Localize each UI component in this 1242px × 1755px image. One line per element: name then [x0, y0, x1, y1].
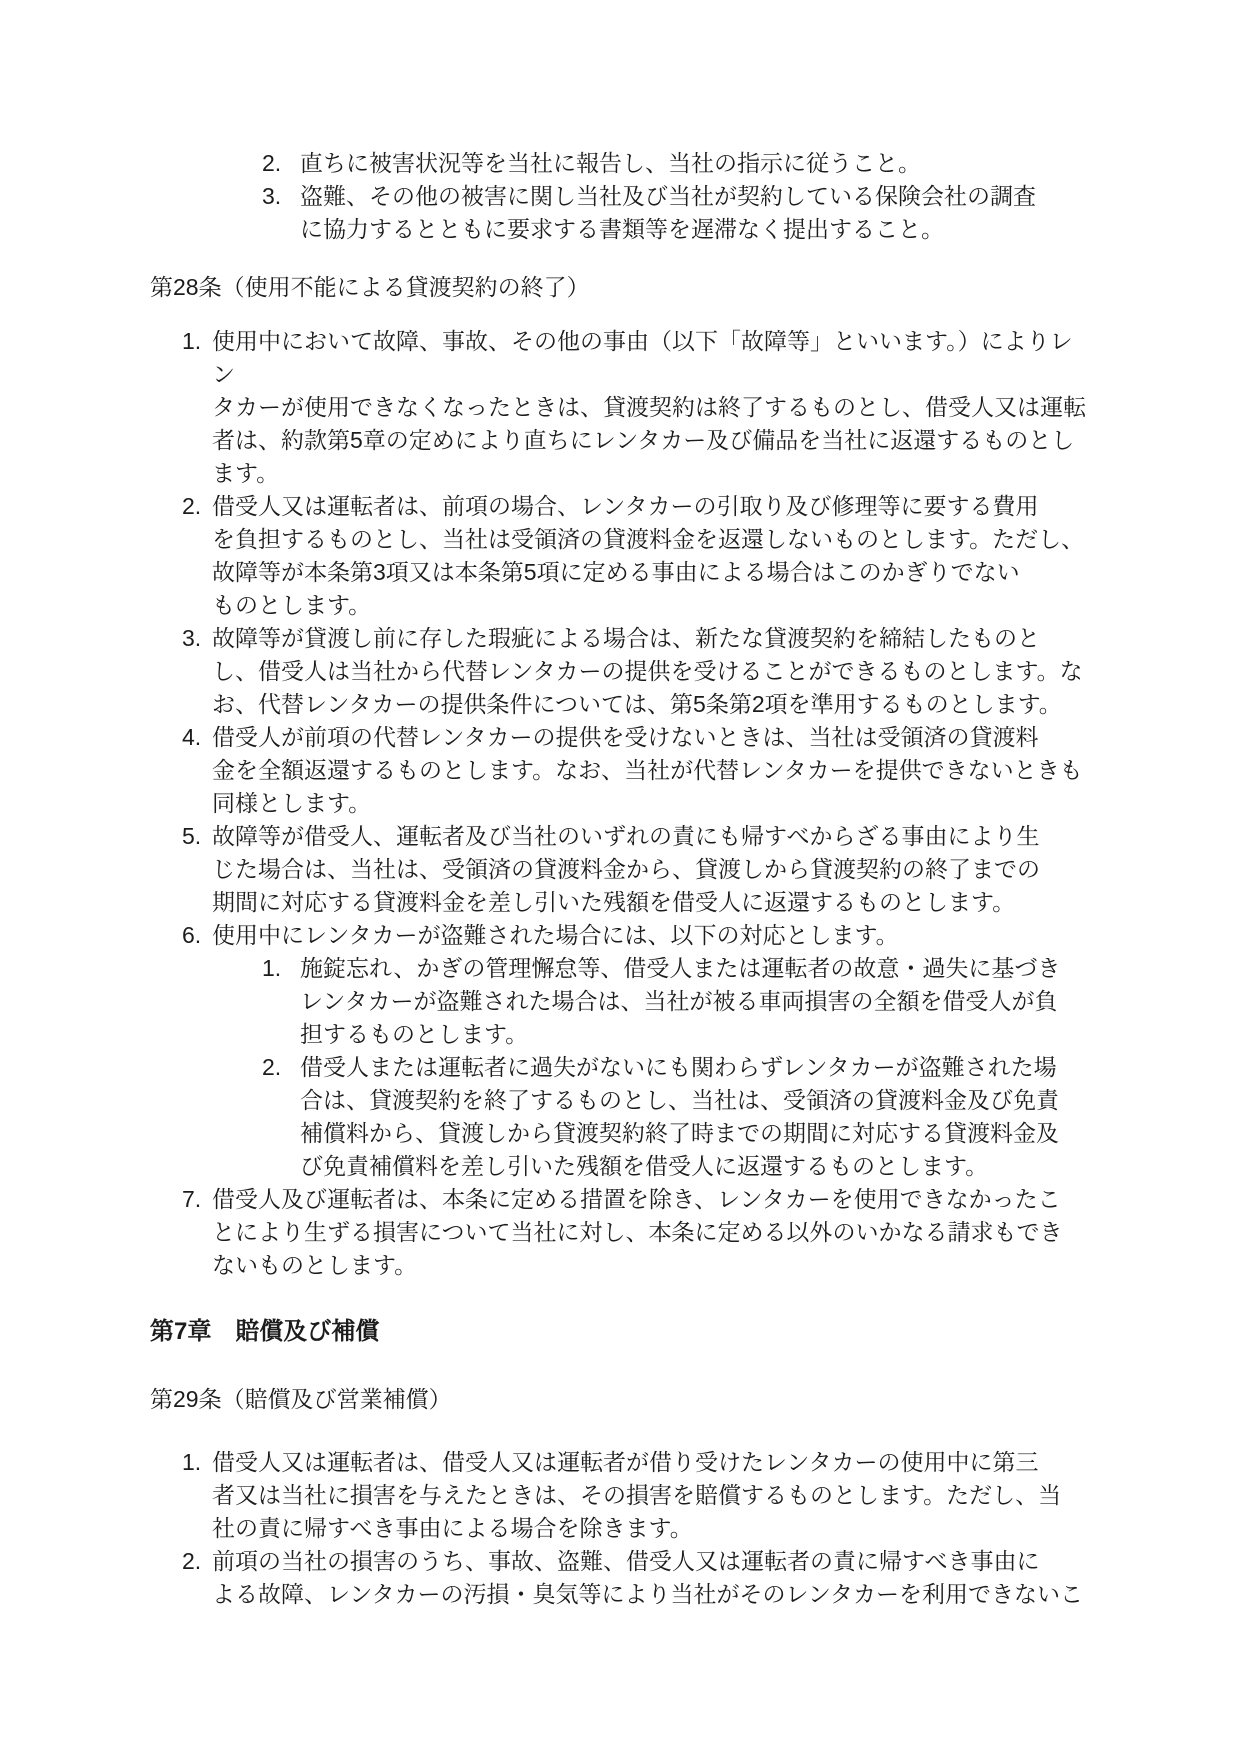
theft-sub-list: 1. 施錠忘れ、かぎの管理懈怠等、借受人または運転者の故意・過失に基づき レンタ…: [212, 952, 1092, 1183]
article-28-list: 1. 使用中において故障、事故、その他の事由（以下「故障等」といいます。）により…: [150, 325, 1092, 1282]
list-item: 3. 盗難、その他の被害に関し当社及び当社が契約している保険会社の調査 に協力す…: [150, 180, 1092, 246]
list-item: 2. 直ちに被害状況等を当社に報告し、当社の指示に従うこと。: [150, 147, 1092, 180]
list-item-text: 故障等が貸渡し前に存した瑕疵による場合は、新たな貸渡契約を締結したものと し、借…: [212, 622, 1092, 721]
list-item-text: 借受人または運転者に過失がないにも関わらずレンタカーが盗難された場 合は、貸渡契…: [300, 1051, 1092, 1183]
list-item-number: 7.: [182, 1183, 201, 1216]
list-item: 3. 故障等が貸渡し前に存した瑕疵による場合は、新たな貸渡契約を締結したものと …: [150, 622, 1092, 721]
article-29-heading: 第29条（賠償及び営業補償）: [150, 1383, 1092, 1416]
list-item-text: 借受人又は運転者は、借受人又は運転者が借り受けたレンタカーの使用中に第三 者又は…: [212, 1446, 1092, 1545]
list-item-number: 6.: [182, 919, 201, 952]
list-item: 2. 借受人又は運転者は、前項の場合、レンタカーの引取り及び修理等に要する費用 …: [150, 490, 1092, 622]
list-item: 5. 故障等が借受人、運転者及び当社のいずれの責にも帰すべからざる事由により生 …: [150, 820, 1092, 919]
chapter-7-heading: 第7章 賠償及び補償: [150, 1315, 1092, 1348]
list-item-text: 借受人及び運転者は、本条に定める措置を除き、レンタカーを使用できなかったこ とに…: [212, 1183, 1092, 1282]
list-item: 6. 使用中にレンタカーが盗難された場合には、以下の対応とします。 1. 施錠忘…: [150, 919, 1092, 1183]
list-item-text: 借受人が前項の代替レンタカーの提供を受けないときは、当社は受領済の貸渡料 金を全…: [212, 721, 1092, 820]
list-item-number: 1.: [182, 325, 201, 358]
list-item-number: 1.: [182, 1446, 201, 1479]
article-29-list: 1. 借受人又は運転者は、借受人又は運転者が借り受けたレンタカーの使用中に第三 …: [150, 1446, 1092, 1611]
list-item-number: 1.: [262, 952, 281, 985]
list-item-text: 直ちに被害状況等を当社に報告し、当社の指示に従うこと。: [300, 147, 1092, 180]
list-item-text: 前項の当社の損害のうち、事故、盗難、借受人又は運転者の責に帰すべき事由に よる故…: [212, 1545, 1092, 1611]
list-item-number: 3.: [262, 180, 281, 213]
list-item: 1. 施錠忘れ、かぎの管理懈怠等、借受人または運転者の故意・過失に基づき レンタ…: [212, 952, 1092, 1051]
list-item-number: 2.: [262, 147, 281, 180]
list-item-number: 2.: [182, 1545, 201, 1578]
list-item: 1. 使用中において故障、事故、その他の事由（以下「故障等」といいます。）により…: [150, 325, 1092, 490]
list-item-number: 3.: [182, 622, 201, 655]
list-item-number: 2.: [182, 490, 201, 523]
article-28-heading: 第28条（使用不能による貸渡契約の終了）: [150, 271, 1092, 304]
list-item-text: 借受人又は運転者は、前項の場合、レンタカーの引取り及び修理等に要する費用 を負担…: [212, 490, 1092, 622]
list-item-text: 使用中において故障、事故、その他の事由（以下「故障等」といいます。）によりレン …: [212, 325, 1092, 490]
list-item: 7. 借受人及び運転者は、本条に定める措置を除き、レンタカーを使用できなかったこ…: [150, 1183, 1092, 1282]
continuation-list: 2. 直ちに被害状況等を当社に報告し、当社の指示に従うこと。 3. 盗難、その他…: [150, 147, 1092, 246]
list-item: 2. 前項の当社の損害のうち、事故、盗難、借受人又は運転者の責に帰すべき事由に …: [150, 1545, 1092, 1611]
document-page: 2. 直ちに被害状況等を当社に報告し、当社の指示に従うこと。 3. 盗難、その他…: [0, 0, 1242, 1755]
list-item: 4. 借受人が前項の代替レンタカーの提供を受けないときは、当社は受領済の貸渡料 …: [150, 721, 1092, 820]
list-item-number: 4.: [182, 721, 201, 754]
list-item-text: 使用中にレンタカーが盗難された場合には、以下の対応とします。: [212, 919, 1092, 952]
list-item: 2. 借受人または運転者に過失がないにも関わらずレンタカーが盗難された場 合は、…: [212, 1051, 1092, 1183]
list-item-text: 盗難、その他の被害に関し当社及び当社が契約している保険会社の調査 に協力するとと…: [300, 180, 1092, 246]
list-item-text: 施錠忘れ、かぎの管理懈怠等、借受人または運転者の故意・過失に基づき レンタカーが…: [300, 952, 1092, 1051]
list-item-text: 故障等が借受人、運転者及び当社のいずれの責にも帰すべからざる事由により生 じた場…: [212, 820, 1092, 919]
list-item: 1. 借受人又は運転者は、借受人又は運転者が借り受けたレンタカーの使用中に第三 …: [150, 1446, 1092, 1545]
list-item-number: 5.: [182, 820, 201, 853]
list-item-number: 2.: [262, 1051, 281, 1084]
